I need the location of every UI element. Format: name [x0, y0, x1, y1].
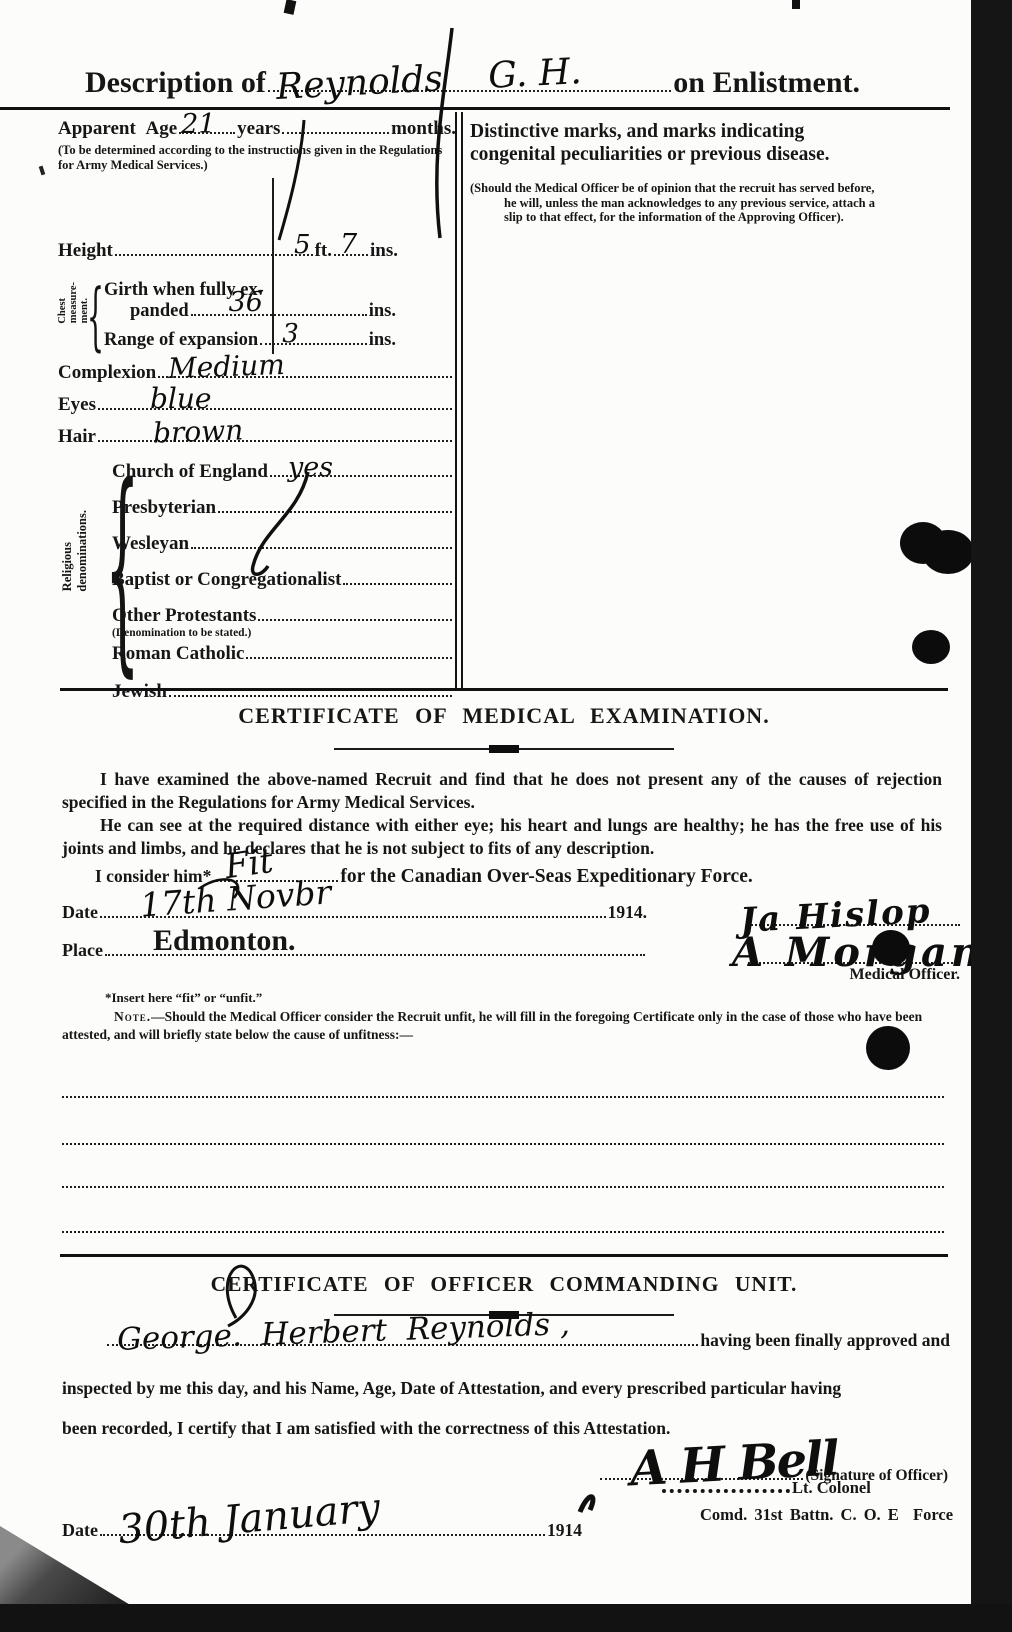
handwritten-full-name: George. Herbert Reynolds , — [117, 1306, 571, 1358]
medical-signature-block: Ja Hislop A Morgan Medical Officer. — [748, 872, 960, 984]
blank-line — [62, 1172, 944, 1188]
officer-date-row: Date 30th January 1914 — [62, 1520, 582, 1541]
handwritten-age: 21 — [181, 109, 215, 140]
heading-divider — [334, 748, 674, 750]
ink-blot — [866, 1026, 910, 1070]
religion-vertical-label: Religious denominations. — [60, 510, 90, 640]
handwritten-height-ft: 5 — [294, 230, 311, 260]
denomination-row: Jewish — [112, 681, 454, 703]
enlistment-form-page: Description of Reynolds G. H. on Enlistm… — [0, 0, 1012, 1632]
handwritten-range: 3 — [282, 319, 299, 349]
unfit-note: Note.—Should the Medical Officer conside… — [62, 1008, 944, 1043]
distinctive-marks-heading: Distinctive marks, and marks indicating … — [470, 120, 862, 167]
medical-paragraph-1: I have examined the above-named Recruit … — [62, 768, 942, 814]
handwritten-recruit-name: Reynolds G. H. — [275, 51, 582, 108]
printed-year: 1914. — [608, 902, 647, 923]
stamped-place: Edmonton. — [153, 924, 296, 958]
column-divider — [455, 112, 463, 690]
unit-label: Comd. 31st Battn. C. O. E Force — [700, 1505, 953, 1525]
pen-stroke — [580, 1497, 593, 1512]
handwritten-complexion: Medium — [168, 348, 286, 385]
date-label: Date — [62, 1520, 98, 1541]
rank-row: Lt. Colonel — [660, 1478, 920, 1498]
rank-label: Lt. Colonel — [792, 1478, 871, 1498]
distinctive-marks-note: (Should the Medical Officer be of opinio… — [470, 181, 890, 225]
blank-line — [62, 1129, 944, 1145]
note-label: Note. — [114, 1009, 151, 1024]
girth-label-line2: panded — [104, 301, 189, 322]
height-label: Height — [58, 240, 113, 262]
denomination-row: Roman Catholic — [112, 643, 454, 665]
denomination-row: Wesleyan — [112, 533, 454, 555]
ft-label: ft. — [315, 240, 332, 262]
scan-speck — [284, 0, 297, 15]
months-label: months. — [391, 118, 456, 140]
hair-label: Hair — [58, 426, 96, 448]
fit-footnote: *Insert here “fit” or “unfit.” — [105, 990, 262, 1005]
page-title: Description of Reynolds G. H. on Enlistm… — [85, 50, 860, 98]
title-rule — [0, 107, 950, 110]
ins-label: ins. — [370, 240, 398, 262]
medical-officer-signature-2: A Morgan — [732, 929, 984, 976]
officer-name-row: George. Herbert Reynolds , having been f… — [105, 1330, 950, 1351]
denomination-row: Presbyterian — [112, 497, 454, 519]
note-text: —Should the Medical Officer consider the… — [62, 1009, 922, 1042]
apparent-age-row: Apparent Age 21 years months. — [58, 118, 456, 140]
handwritten-date-bottom: 30th January — [116, 1485, 381, 1554]
denomination-row: Church of England yes — [112, 461, 454, 483]
consider-suffix: for the Canadian Over-Seas Expeditionary… — [340, 866, 752, 888]
medical-paragraph-2: He can see at the required distance with… — [62, 814, 942, 860]
blank-line — [62, 1217, 944, 1233]
scan-edge-bar-bottom — [0, 1604, 1012, 1632]
eyes-label: Eyes — [58, 394, 96, 416]
date-label: Date — [62, 902, 98, 923]
apparent-age-label: Apparent Age — [58, 118, 177, 140]
printed-year-bottom: 1914 — [547, 1520, 582, 1541]
scan-edge-bar-right — [971, 0, 1012, 1632]
age-note: (To be determined according to the instr… — [58, 143, 450, 173]
denomination-row: Other Protestants — [112, 605, 454, 627]
range-row: Range of expansion 3 ins. — [104, 330, 396, 351]
chest-vertical-label: Chest measure- ment. — [60, 282, 86, 358]
title-suffix: on Enlistment. — [673, 66, 860, 100]
blank-line — [62, 1082, 944, 1098]
officer-certificate-line2: inspected by me this day, and his Name, … — [62, 1378, 944, 1399]
section-rule — [60, 1254, 948, 1257]
title-prefix: Description of — [85, 66, 266, 100]
distinctive-marks-section: Distinctive marks, and marks indicating … — [470, 120, 862, 225]
medical-certificate-heading: CERTIFICATE OF MEDICAL EXAMINATION. — [60, 703, 948, 729]
medical-date-row: Date 17th Novbr 1914. — [62, 902, 647, 923]
height-row: Height 5 ft. 7 ins. — [58, 240, 398, 262]
place-label: Place — [62, 940, 103, 961]
denominations-list: Church of England yes Presbyterian Wesle… — [112, 455, 454, 703]
ink-blot — [922, 530, 974, 574]
value-column-rule — [272, 178, 274, 354]
approved-text: having been finally approved and — [700, 1330, 950, 1351]
ink-blot — [872, 930, 910, 966]
denomination-note: (Denomination to be stated.) — [112, 627, 454, 641]
officer-certificate-heading: CERTIFICATE OF OFFICER COMMANDING UNIT. — [60, 1272, 948, 1297]
denomination-row: Baptist or Congregationalist — [112, 569, 454, 591]
handwritten-hair: brown — [152, 413, 243, 449]
ink-blot — [912, 630, 950, 664]
section-rule — [60, 688, 948, 691]
handwritten-church-of-england: yes — [288, 452, 333, 483]
girth-row: Girth when fully ex- panded 36 ins. — [104, 280, 396, 322]
handwritten-height-in: 7 — [340, 229, 357, 260]
handwritten-girth: 36 — [229, 287, 263, 318]
handwritten-eyes: blue — [150, 382, 211, 415]
scan-speck — [39, 166, 46, 176]
medical-place-row: Place Edmonton. — [62, 940, 647, 961]
years-label: years — [237, 118, 280, 140]
scan-speck — [792, 0, 800, 9]
